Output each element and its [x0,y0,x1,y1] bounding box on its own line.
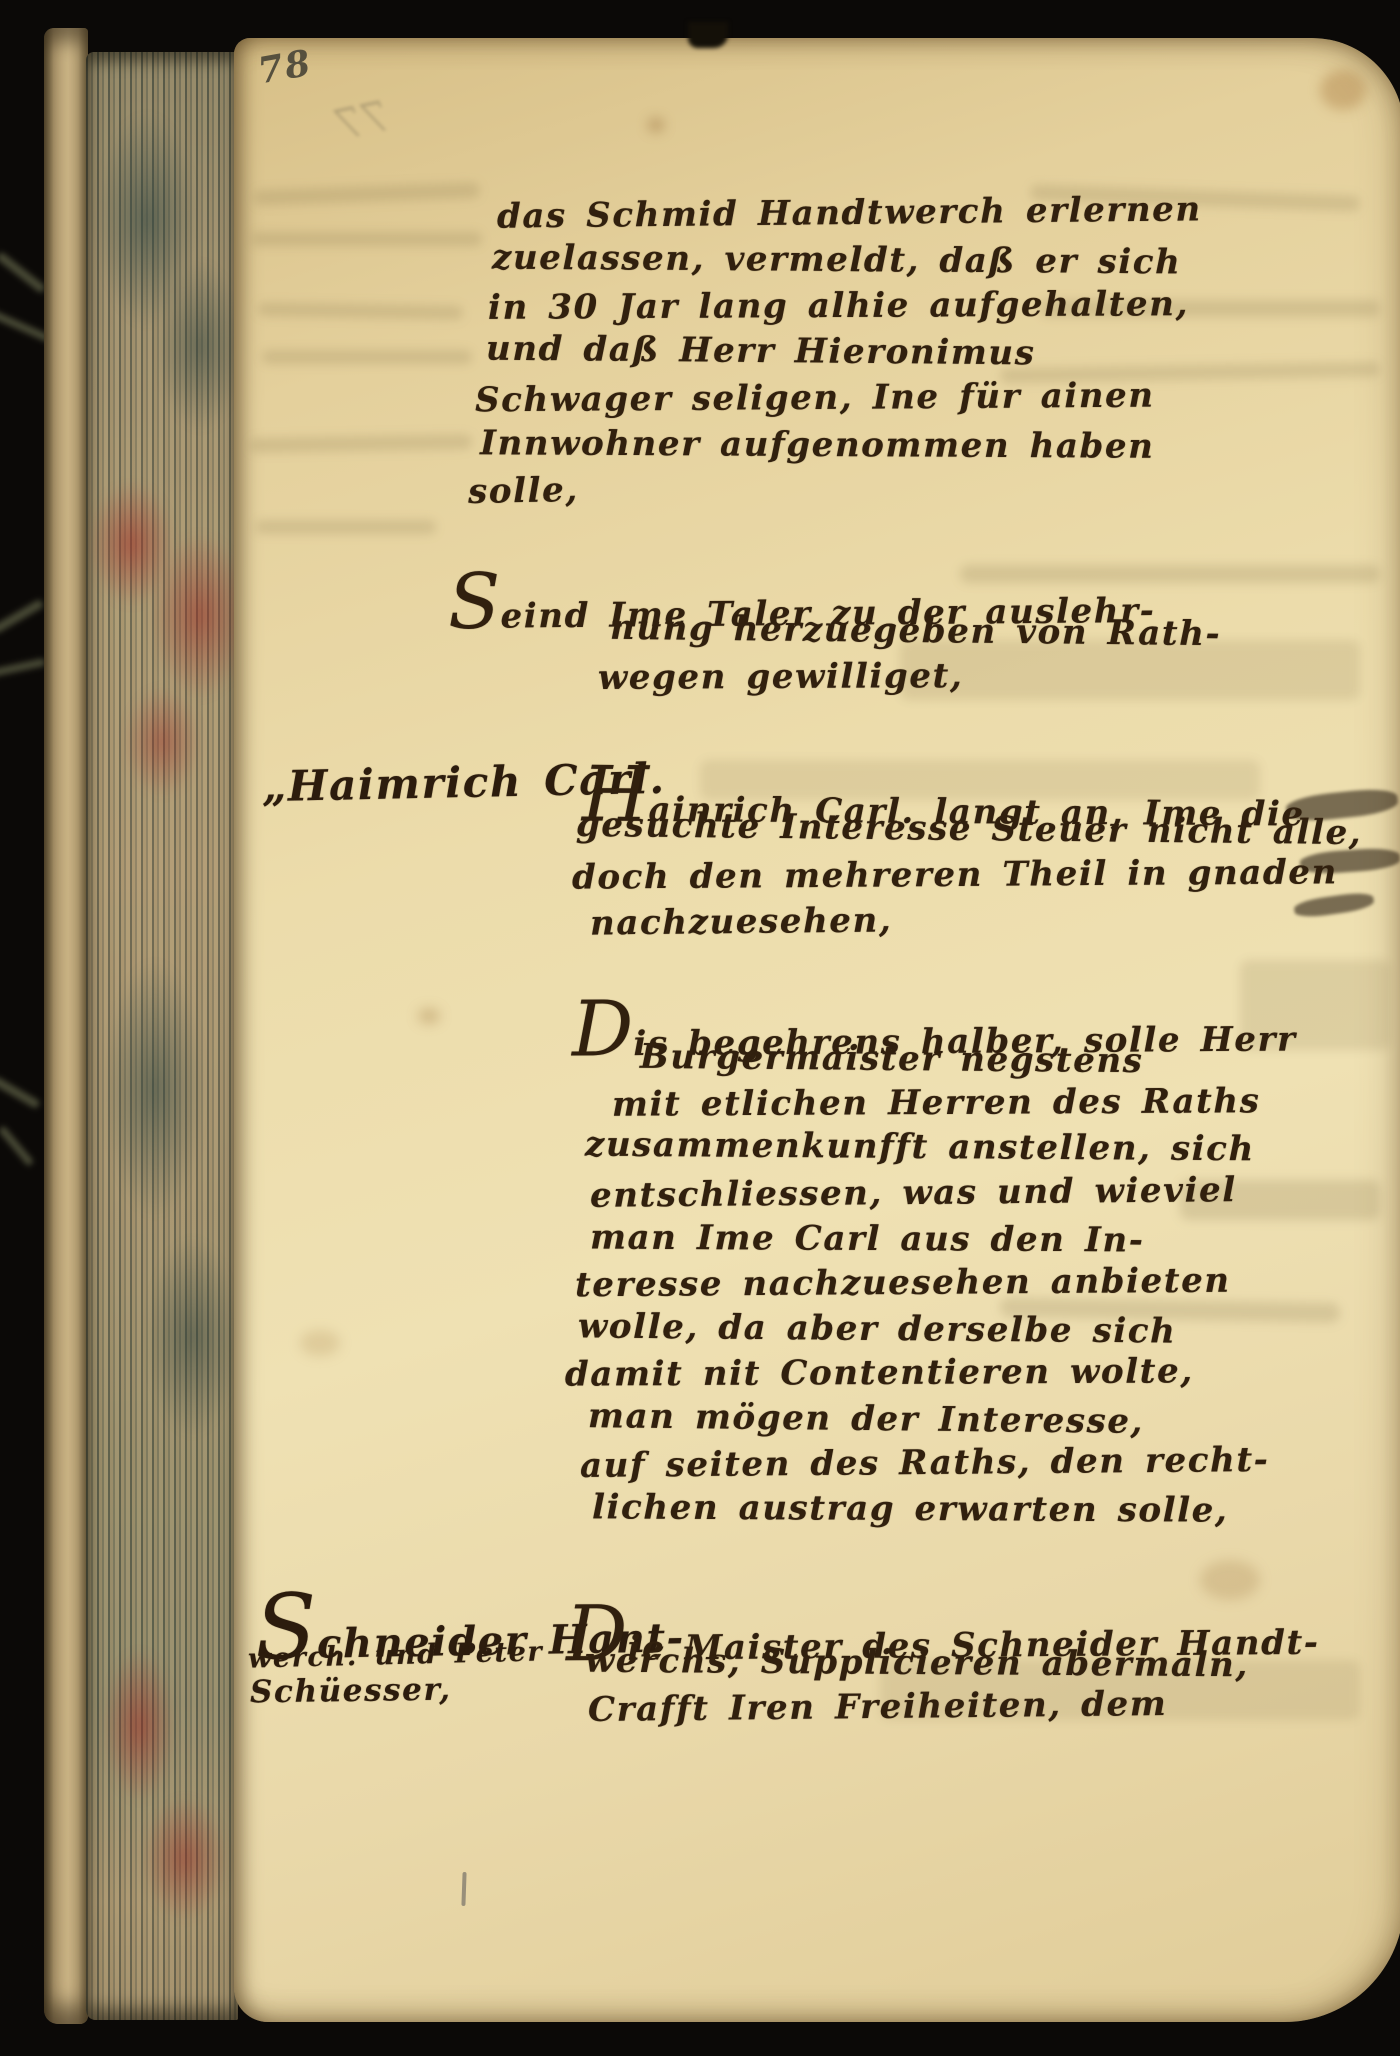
manuscript-line: in 30 Jar lang alhie aufgehalten, [488,287,1189,325]
showthrough-smudge [256,520,436,534]
fore-edge-red-speckles [86,1612,238,1992]
foxing-spot [648,118,664,132]
manuscript-line: gesuchte Interesse Steuer nicht alle, [576,808,1363,850]
manuscript-line: man mögen der Interesse, [588,1399,1144,1439]
manuscript-line: zusammenkunfft anstellen, sich [585,1128,1255,1167]
manuscript-line: Crafft Iren Freiheiten, dem [588,1687,1168,1727]
fore-edge-teal-mottling [86,52,238,472]
foxing-spot [1320,70,1366,110]
binding-thread [0,1076,41,1110]
manuscript-line: doch den mehreren Theil in gnaden [572,855,1338,894]
manuscript-line: das Schmid Handtwerch erlernen [497,192,1202,233]
manuscript-line: mit etlichen Herren des Raths [612,1084,1261,1121]
manuscript-line: Schwager seligen, Ine für ainen [475,379,1155,418]
margin-note-line: werch. und Peter [248,1638,544,1672]
binding-thread [0,658,46,678]
manuscript-line: zuelassen, vermeldt, daß er sich [492,241,1182,280]
manuscript-line: teresse nachzuesehen anbieten [575,1264,1231,1303]
binding-thread [0,251,47,294]
manuscript-line: wegen gewilliget, [598,659,964,695]
manuscript-line: man Ime Carl aus den In- [590,1221,1145,1258]
page-block-fore-edge [86,52,238,2020]
manuscript-line: auf seiten des Raths, den recht- [580,1443,1270,1483]
manuscript-line: werchs, Supplicieren abermaln, [585,1644,1249,1683]
manuscript-line: Burgermaister negstens [640,1040,1144,1078]
showthrough-smudge [252,232,482,246]
manuscript-line: solle, [468,473,579,509]
manuscript-line: Innwohner aufgenommen haben [480,426,1155,464]
fore-edge-red-speckles [86,472,238,832]
binding-thread [0,599,44,635]
manuscript-line: nung herzuegeben von Rath- [610,611,1222,651]
manuscript-line: und daß Herr Hieronimus [486,332,1036,371]
fore-edge-teal-mottling [86,872,238,1492]
manuscript-line: nachzuesehen, [590,903,893,940]
manuscript-line: lichen austrag erwarten solle, [592,1490,1229,1527]
page-top-edge-notch [688,22,728,48]
manuscript-photo: 78 77 das Schmid Handtwerch erlernen zue… [0,0,1400,2056]
vellum-cover-edge [44,28,88,2024]
manuscript-line: wolle, da aber derselbe sich [578,1309,1177,1348]
manuscript-line: entschliessen, was und wieviel [590,1173,1237,1213]
showthrough-smudge [262,350,472,364]
foxing-spot [300,1330,340,1356]
margin-note-line: Schüesser, [250,1675,452,1709]
manuscript-line: damit nit Contentieren wolte, [565,1354,1194,1391]
binding-thread [0,1125,34,1167]
foxing-spot [418,1008,440,1024]
